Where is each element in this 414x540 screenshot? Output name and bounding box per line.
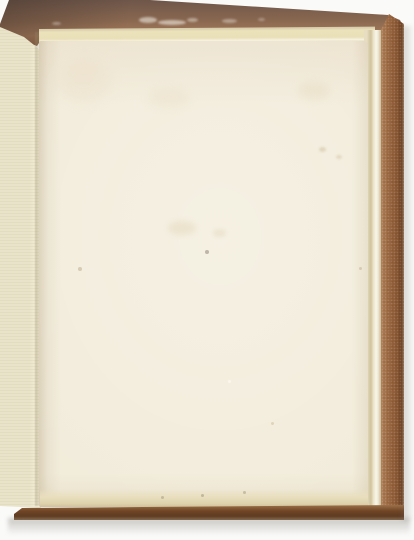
cast-shadow-bottom [8,518,410,535]
cast-shadow-right [402,26,414,520]
leather-cover-right-edge [381,14,404,520]
page-bottom-edge-strip [40,489,368,507]
book-photograph [0,0,414,540]
blank-page [39,41,368,507]
